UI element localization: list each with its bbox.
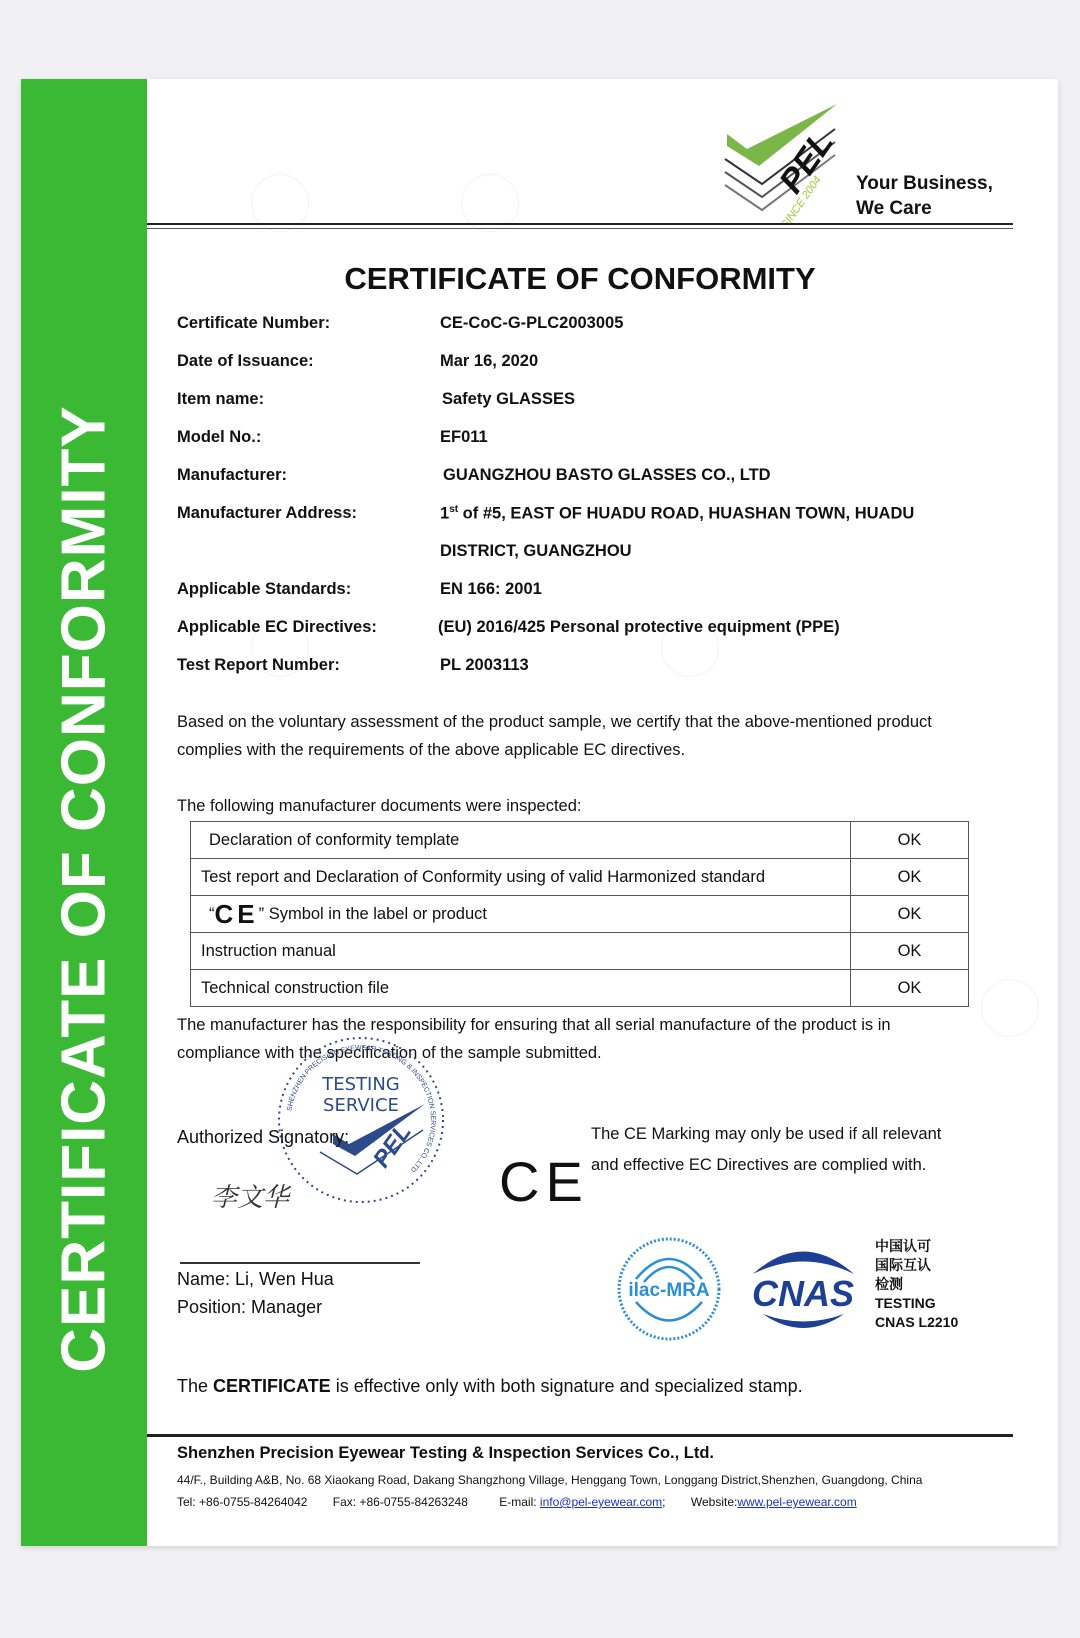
ilac-mra-logo-icon: ilac-MRA: [614, 1234, 724, 1344]
address-line-2: DISTRICT, GUANGZHOU: [440, 542, 632, 561]
ec-directives: (EU) 2016/425 Personal protective equipm…: [438, 618, 840, 637]
footer-tel: Tel: +86-0755-84264042: [177, 1495, 307, 1509]
cn-line: CNAS L2210: [875, 1313, 958, 1332]
document-name: Test report and Declaration of Conformit…: [191, 859, 851, 896]
cn-line: 中国认可: [875, 1237, 958, 1256]
test-report-number: PL 2003113: [440, 656, 529, 675]
cn-line: 检测: [875, 1275, 958, 1294]
field-label: Model No.:: [177, 428, 261, 447]
field-label: Manufacturer:: [177, 466, 287, 485]
field-label: Date of Issuance:: [177, 352, 314, 371]
header-rule-thin: [147, 228, 1013, 229]
inspected-documents-table: Declaration of conformity template OK Te…: [190, 821, 969, 1007]
cn-line: 国际互认: [875, 1256, 958, 1275]
document-status: OK: [851, 859, 969, 896]
table-row: “CE” Symbol in the label or product OK: [191, 896, 969, 933]
table-row: Declaration of conformity template OK: [191, 822, 969, 859]
ce-note-line-2: and effective EC Directives are complied…: [591, 1150, 941, 1181]
svg-text:CNAS: CNAS: [752, 1273, 854, 1314]
footer-email-sep: ;: [662, 1495, 665, 1509]
authorized-signatory-label: Authorized Signatory:: [177, 1127, 349, 1148]
signatory-position: Position: Manager: [177, 1297, 322, 1318]
address-prefix: 1: [440, 505, 449, 523]
table-row: Test report and Declaration of Conformit…: [191, 859, 969, 896]
field-label: Test Report Number:: [177, 656, 340, 675]
item-name: Safety GLASSES: [442, 390, 575, 409]
validity-note: The CERTIFICATE is effective only with b…: [177, 1376, 803, 1397]
side-band: CERTIFICATE OF CONFORMITY: [21, 79, 147, 1546]
ce-symbol-row-text: ” Symbol in the label or product: [259, 905, 487, 923]
footer-website-label: Website:: [691, 1495, 737, 1509]
field-label: Applicable Standards:: [177, 580, 351, 599]
validity-bold: CERTIFICATE: [213, 1376, 331, 1396]
signature: 李文华: [211, 1177, 289, 1214]
header-rule: [147, 223, 1013, 225]
footer-fax: Fax: +86-0755-84263248: [333, 1495, 468, 1509]
inspected-heading: The following manufacturer documents wer…: [177, 792, 1007, 820]
table-row: Technical construction file OK: [191, 970, 969, 1007]
testing-service-stamp-icon: SHENZHEN PRECISION EYEWEAR TESTING & INS…: [275, 1034, 447, 1206]
svg-text:SERVICE: SERVICE: [323, 1095, 399, 1116]
document-name: Declaration of conformity template: [191, 822, 851, 859]
applicable-standards: EN 166: 2001: [440, 580, 542, 599]
document-status: OK: [851, 896, 969, 933]
side-band-text: CERTIFICATE OF CONFORMITY: [49, 405, 120, 1373]
svg-text:PEL: PEL: [368, 1119, 417, 1173]
ce-marking-note: The CE Marking may only be used if all r…: [591, 1119, 941, 1181]
field-label: Manufacturer Address:: [177, 504, 357, 523]
field-label: Applicable EC Directives:: [177, 618, 377, 637]
cn-line: TESTING: [875, 1294, 958, 1313]
footer-email-label: E-mail:: [499, 1495, 540, 1509]
certificate-number: CE-CoC-G-PLC2003005: [440, 314, 623, 333]
ce-note-line-1: The CE Marking may only be used if all r…: [591, 1119, 941, 1150]
issuance-date: Mar 16, 2020: [440, 352, 538, 371]
ce-symbol-icon: CE: [215, 899, 259, 929]
field-label: Item name:: [177, 390, 264, 409]
table-row: Instruction manual OK: [191, 933, 969, 970]
document-name: Instruction manual: [191, 933, 851, 970]
cnas-logo-icon: CNAS: [741, 1234, 866, 1344]
manufacturer: GUANGZHOU BASTO GLASSES CO., LTD: [443, 466, 771, 485]
footer-email-link[interactable]: info@pel-eyewear.com: [540, 1495, 662, 1509]
field-label: Certificate Number:: [177, 314, 330, 333]
slogan-line-2: We Care: [856, 196, 993, 221]
footer-address: 44/F., Building A&B, No. 68 Xiaokang Roa…: [177, 1473, 922, 1487]
address-line-1: of #5, EAST OF HUADU ROAD, HUASHAN TOWN,…: [458, 505, 914, 523]
ce-mark-icon: CE: [499, 1149, 589, 1214]
certificate-page: CERTIFICATE OF CONFORMITY PEL SINCE 2004…: [21, 79, 1058, 1546]
cnas-accreditation-text: 中国认可 国际互认 检测 TESTING CNAS L2210: [875, 1237, 958, 1332]
statement-line-2: complies with the requirements of the ab…: [177, 736, 1007, 764]
document-name: Technical construction file: [191, 970, 851, 1007]
model-number: EF011: [440, 428, 488, 447]
signatory-name: Name: Li, Wen Hua: [177, 1269, 334, 1290]
footer-contacts: Tel: +86-0755-84264042 Fax: +86-0755-842…: [177, 1495, 857, 1509]
slogan-line-1: Your Business,: [856, 171, 993, 196]
footer-rule: [147, 1434, 1013, 1437]
validity-suffix: is effective only with both signature an…: [331, 1376, 803, 1396]
signature-line: [180, 1262, 420, 1264]
manufacturer-address: 1st of #5, EAST OF HUADU ROAD, HUASHAN T…: [440, 504, 914, 524]
footer-website-link[interactable]: www.pel-eyewear.com: [737, 1495, 856, 1509]
document-status: OK: [851, 822, 969, 859]
validity-prefix: The: [177, 1376, 213, 1396]
footer-company: Shenzhen Precision Eyewear Testing & Ins…: [177, 1444, 714, 1463]
pel-logo-icon: PEL SINCE 2004: [717, 104, 877, 224]
statement-line-1: Based on the voluntary assessment of the…: [177, 708, 1007, 736]
slogan: Your Business, We Care: [856, 171, 993, 221]
svg-text:ilac-MRA: ilac-MRA: [628, 1280, 710, 1301]
page-title: CERTIFICATE OF CONFORMITY: [147, 261, 1013, 297]
document-status: OK: [851, 970, 969, 1007]
svg-text:TESTING: TESTING: [321, 1074, 400, 1095]
certification-statement: Based on the voluntary assessment of the…: [177, 708, 1007, 764]
document-status: OK: [851, 933, 969, 970]
document-name: “CE” Symbol in the label or product: [191, 896, 851, 933]
address-sup: st: [449, 504, 458, 515]
